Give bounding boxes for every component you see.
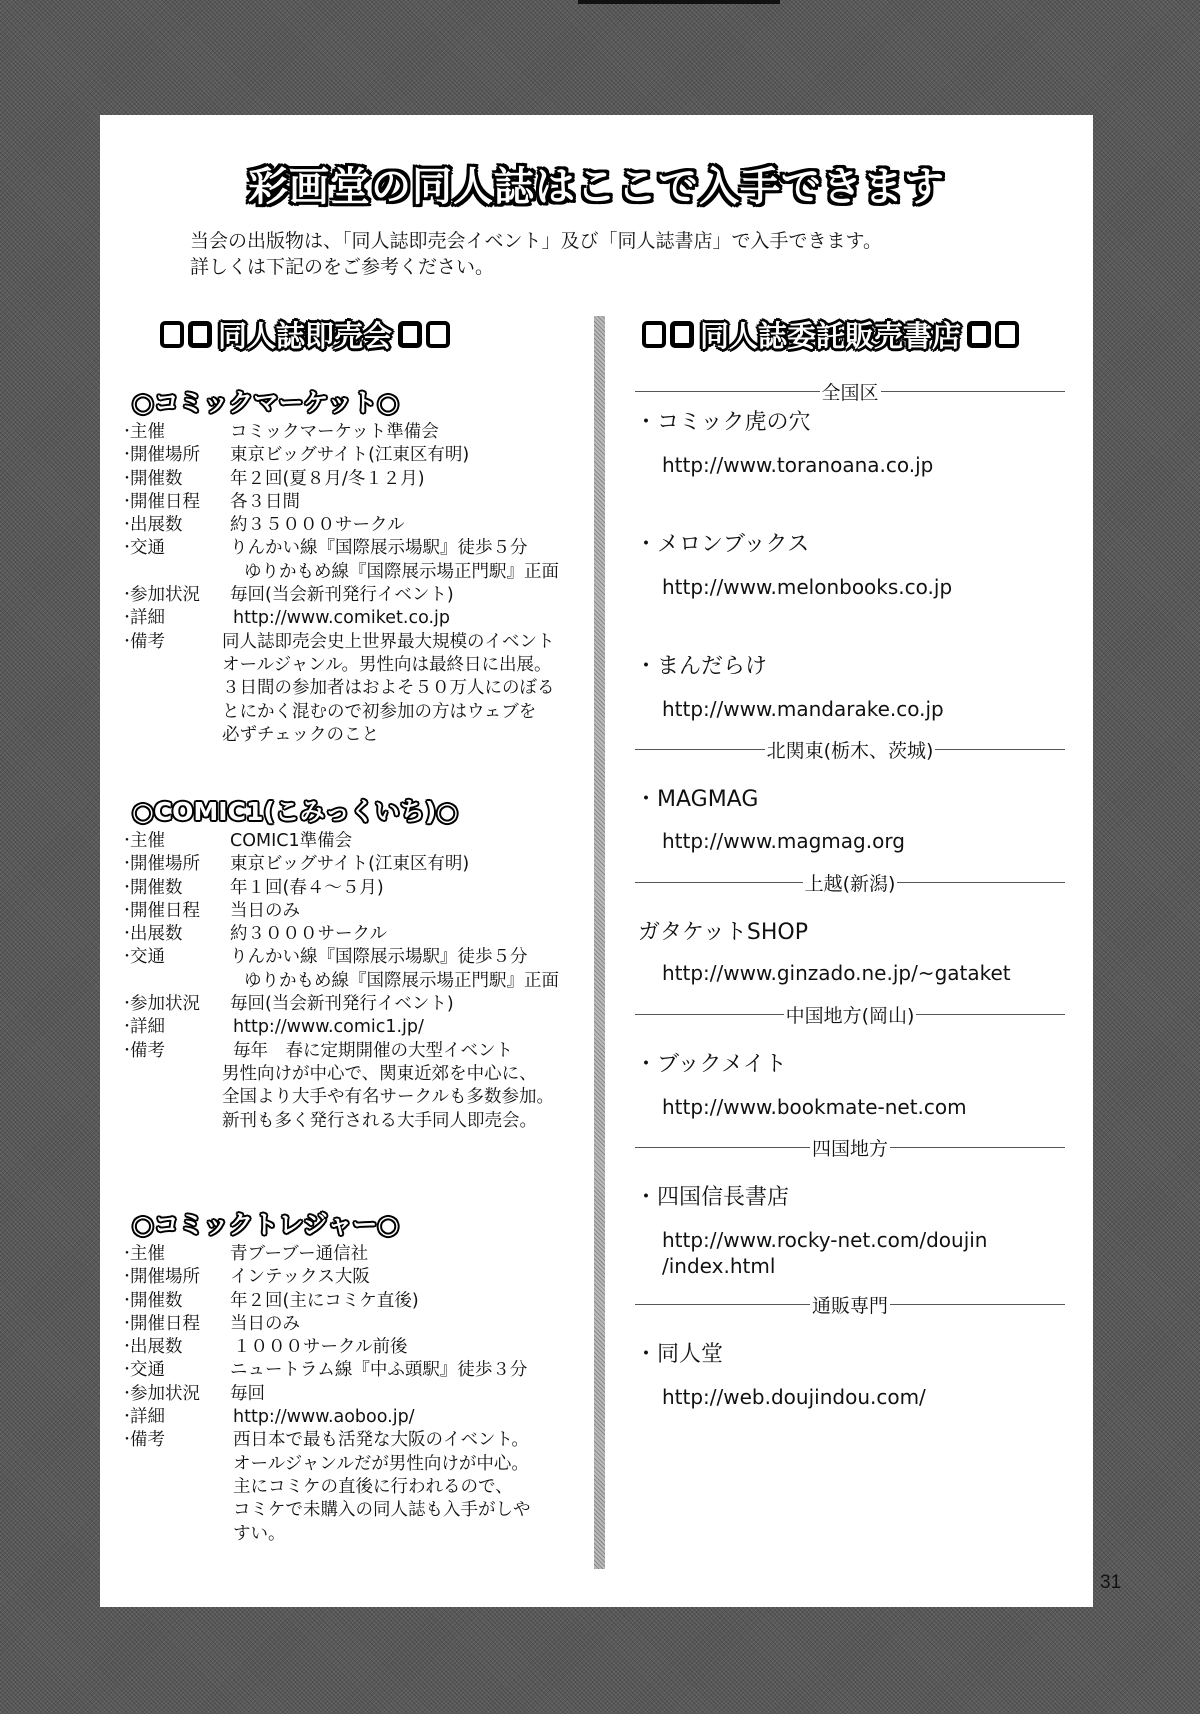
detail-row: ゆりかもめ線『国際展示場正門駅』正面 <box>120 561 590 584</box>
shops-heading-text: 同人誌委託販売書店 <box>698 314 963 355</box>
heading-box-icon <box>995 321 1019 348</box>
column-divider <box>594 316 605 1569</box>
event-comiket: ○コミックマーケット○ ・主催コミックマーケット準備会 ・開催場所東京ビッグサイ… <box>120 383 590 747</box>
event-url-link[interactable]: http://www.aoboo.jp/ <box>230 1406 590 1429</box>
event-details: ・主催青ブーブー通信社 ・開催場所インテックス大阪 ・開催数年２回(主にコミケ直… <box>120 1243 590 1546</box>
shops-heading: 同人誌委託販売書店 <box>642 314 1019 354</box>
detail-row: ・交通りんかい線『国際展示場駅』徒歩５分 <box>120 537 590 560</box>
bullet-icon: ・ <box>120 1266 130 1289</box>
bullet-icon: ・ <box>120 421 130 444</box>
heading-box-icon <box>398 321 422 348</box>
shop-name: ・同人堂 <box>635 1337 723 1368</box>
region-divider-nationwide: 全国区 <box>635 377 1065 405</box>
bullet-icon: ・ <box>120 1359 130 1382</box>
shop-url-link[interactable]: http://web.doujindou.com/ <box>662 1385 926 1409</box>
detail-row: ・出展数１０００サークル前後 <box>120 1336 590 1359</box>
detail-row: ・出展数約３０００サークル <box>120 923 590 946</box>
heading-box-icon <box>188 321 212 348</box>
rule-line <box>635 1304 810 1305</box>
bullet-icon: ・ <box>120 491 130 514</box>
bullet-icon: ・ <box>120 468 130 491</box>
bullet-icon: ・ <box>120 537 130 560</box>
bullet-icon: ・ <box>120 830 130 853</box>
detail-row: ・開催日程当日のみ <box>120 900 590 923</box>
rule-line <box>635 391 820 392</box>
shop-name: ・MAGMAG <box>635 782 758 813</box>
rule-line <box>897 882 1065 883</box>
detail-row: ・交通ニュートラム線『中ふ頭駅』徒歩３分 <box>120 1359 590 1382</box>
shop-name: ガタケットSHOP <box>638 915 808 946</box>
detail-row: オールジャンルだが男性向けが中心。 <box>120 1453 590 1476</box>
page-number: 31 <box>1100 1572 1121 1594</box>
detail-row: コミケで未購入の同人誌も入手がしや <box>120 1499 590 1522</box>
bullet-icon: ・ <box>120 946 130 969</box>
event-url-link[interactable]: http://www.comic1.jp/ <box>230 1016 590 1039</box>
event-title: ○コミックトレジャー○ <box>132 1205 590 1239</box>
heading-box-icon <box>967 321 991 348</box>
shop-name: ・まんだらけ <box>635 649 767 680</box>
shop-name: ・ブックメイト <box>635 1047 787 1078</box>
event-details: ・主催COMIC1準備会 ・開催場所東京ビッグサイト(江東区有明) ・開催数年１… <box>120 830 590 1133</box>
region-divider-chugoku: 中国地方(岡山) <box>635 1000 1065 1028</box>
detail-row: ・詳細http://www.comiket.co.jp <box>120 607 590 630</box>
detail-row: ゆりかもめ線『国際展示場正門駅』正面 <box>120 970 590 993</box>
detail-row: ・開催日程各３日間 <box>120 491 590 514</box>
shop-name: ・コミック虎の穴 <box>635 405 811 436</box>
bullet-icon: ・ <box>120 631 130 654</box>
rule-line <box>635 882 803 883</box>
shop-url-link-continued[interactable]: /index.html <box>662 1254 775 1278</box>
region-divider-joetsu: 上越(新潟) <box>635 868 1065 896</box>
detail-row: ・出展数約３５０００サークル <box>120 514 590 537</box>
detail-row: 必ずチェックのこと <box>120 724 590 747</box>
detail-row: オールジャンル。男性向は最終日に出展。 <box>120 654 590 677</box>
region-divider-shikoku: 四国地方 <box>635 1133 1065 1161</box>
shop-url-link[interactable]: http://www.bookmate-net.com <box>662 1095 967 1119</box>
detail-row: ・備考毎年 春に定期開催の大型イベント <box>120 1040 590 1063</box>
bullet-icon: ・ <box>120 1040 130 1063</box>
bullet-icon: ・ <box>120 1016 130 1039</box>
detail-row: ・参加状況毎回 <box>120 1383 590 1406</box>
top-edge-tab <box>578 0 780 4</box>
detail-row: ・詳細http://www.aoboo.jp/ <box>120 1406 590 1429</box>
page-title: 彩画堂の同人誌はここで入手できます <box>100 155 1093 212</box>
shop-name: ・メロンブックス <box>635 527 809 558</box>
detail-row: ・主催COMIC1準備会 <box>120 830 590 853</box>
events-heading-text: 同人誌即売会 <box>216 314 394 355</box>
detail-row: ３日間の参加者はおよそ５０万人にのぼる <box>120 677 590 700</box>
bullet-icon: ・ <box>120 1336 130 1359</box>
bullet-icon: ・ <box>120 900 130 923</box>
rule-line <box>935 749 1065 750</box>
shop-url-link[interactable]: http://www.rocky-net.com/doujin <box>662 1228 987 1252</box>
detail-row: 主にコミケの直後に行われるので、 <box>120 1476 590 1499</box>
region-divider-mail-order: 通販専門 <box>635 1290 1065 1318</box>
event-comic1: ○COMIC1(こみっくいち)○ ・主催COMIC1準備会 ・開催場所東京ビッグ… <box>120 792 590 1133</box>
intro-line: 当会の出版物は、「同人誌即売会イベント」及び「同人誌書店」で入手できます。 <box>190 228 882 254</box>
bullet-icon: ・ <box>120 1313 130 1336</box>
bullet-icon: ・ <box>120 1243 130 1266</box>
event-details: ・主催コミックマーケット準備会 ・開催場所東京ビッグサイト(江東区有明) ・開催… <box>120 421 590 747</box>
bullet-icon: ・ <box>120 923 130 946</box>
detail-row: ・参加状況毎回(当会新刊発行イベント) <box>120 993 590 1016</box>
detail-row: 新刊も多く発行される大手同人即売会。 <box>120 1110 590 1133</box>
event-url-link[interactable]: http://www.comiket.co.jp <box>230 607 590 630</box>
bullet-icon: ・ <box>120 1290 130 1313</box>
rule-line <box>890 1304 1065 1305</box>
detail-row: ・開催日程当日のみ <box>120 1313 590 1336</box>
detail-row: ・主催コミックマーケット準備会 <box>120 421 590 444</box>
bullet-icon: ・ <box>120 444 130 467</box>
detail-row: ・開催数年２回(夏８月/冬１２月) <box>120 468 590 491</box>
bullet-icon: ・ <box>120 514 130 537</box>
region-divider-kitakanto: 北関東(栃木、茨城) <box>635 735 1065 763</box>
shop-url-link[interactable]: http://www.ginzado.ne.jp/~gataket <box>662 961 1011 985</box>
rule-line <box>890 1147 1065 1148</box>
detail-row: 全国より大手や有名サークルも多数参加。 <box>120 1086 590 1109</box>
shop-url-link[interactable]: http://www.mandarake.co.jp <box>662 697 944 721</box>
shop-url-link[interactable]: http://www.melonbooks.co.jp <box>662 575 952 599</box>
heading-box-icon <box>426 321 450 348</box>
detail-row: すい。 <box>120 1523 590 1546</box>
bullet-icon: ・ <box>120 584 130 607</box>
bullet-icon: ・ <box>120 853 130 876</box>
event-title: ○コミックマーケット○ <box>132 383 590 417</box>
bullet-icon: ・ <box>120 607 130 630</box>
shop-url-link[interactable]: http://www.magmag.org <box>662 829 905 853</box>
rule-line <box>916 1014 1065 1015</box>
detail-row: ・開催場所東京ビッグサイト(江東区有明) <box>120 853 590 876</box>
intro-line: 詳しくは下記のをご参考ください。 <box>190 254 882 280</box>
detail-row: ・開催場所インテックス大阪 <box>120 1266 590 1289</box>
heading-box-icon <box>160 321 184 348</box>
rule-line <box>881 391 1066 392</box>
page-panel: 彩画堂の同人誌はここで入手できます 当会の出版物は、「同人誌即売会イベント」及び… <box>100 115 1093 1607</box>
rule-line <box>635 749 765 750</box>
detail-row: ・参加状況毎回(当会新刊発行イベント) <box>120 584 590 607</box>
intro-text: 当会の出版物は、「同人誌即売会イベント」及び「同人誌書店」で入手できます。 詳し… <box>190 228 882 280</box>
bullet-icon: ・ <box>120 1406 130 1429</box>
rule-line <box>635 1014 784 1015</box>
events-heading: 同人誌即売会 <box>160 314 450 354</box>
detail-row: ・備考西日本で最も活発な大阪のイベント。 <box>120 1429 590 1452</box>
bullet-icon: ・ <box>120 993 130 1016</box>
detail-row: とにかく混むので初参加の方はウェブを <box>120 701 590 724</box>
detail-row: ・備考同人誌即売会史上世界最大規模のイベント <box>120 631 590 654</box>
bullet-icon: ・ <box>120 877 130 900</box>
detail-row: 男性向けが中心で、関東近郊を中心に、 <box>120 1063 590 1086</box>
detail-row: ・詳細http://www.comic1.jp/ <box>120 1016 590 1039</box>
event-title: ○COMIC1(こみっくいち)○ <box>132 792 590 826</box>
bullet-icon: ・ <box>120 1429 130 1452</box>
heading-box-icon <box>642 321 666 348</box>
detail-row: ・開催場所東京ビッグサイト(江東区有明) <box>120 444 590 467</box>
shop-url-link[interactable]: http://www.toranoana.co.jp <box>662 453 933 477</box>
detail-row: ・交通りんかい線『国際展示場駅』徒歩５分 <box>120 946 590 969</box>
detail-row: ・開催数年２回(主にコミケ直後) <box>120 1290 590 1313</box>
event-comic-treasure: ○コミックトレジャー○ ・主催青ブーブー通信社 ・開催場所インテックス大阪 ・開… <box>120 1205 590 1546</box>
bullet-icon: ・ <box>120 1383 130 1406</box>
rule-line <box>635 1147 810 1148</box>
detail-row: ・開催数年１回(春４～５月) <box>120 877 590 900</box>
detail-row: ・主催青ブーブー通信社 <box>120 1243 590 1266</box>
heading-box-icon <box>670 321 694 348</box>
shop-name: ・四国信長書店 <box>635 1180 789 1211</box>
